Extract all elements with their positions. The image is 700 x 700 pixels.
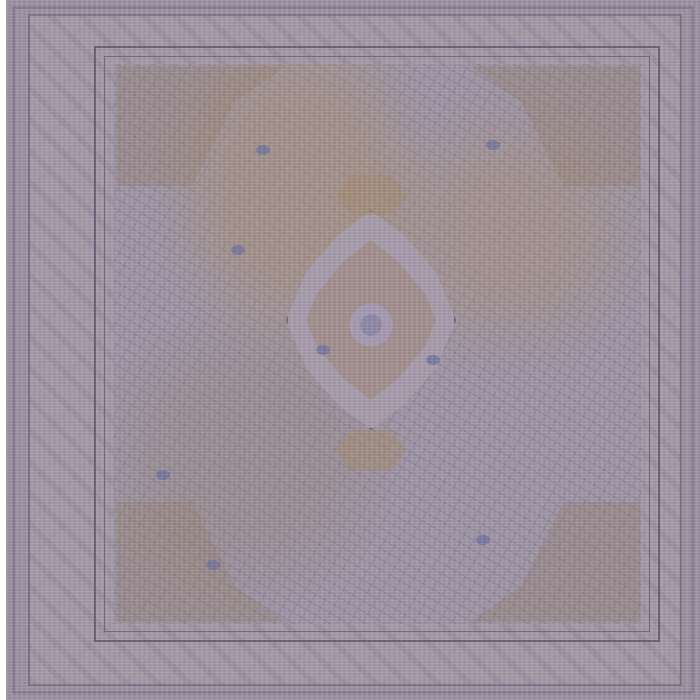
rug-photo (6, 0, 700, 700)
texture-overlay (6, 0, 700, 700)
